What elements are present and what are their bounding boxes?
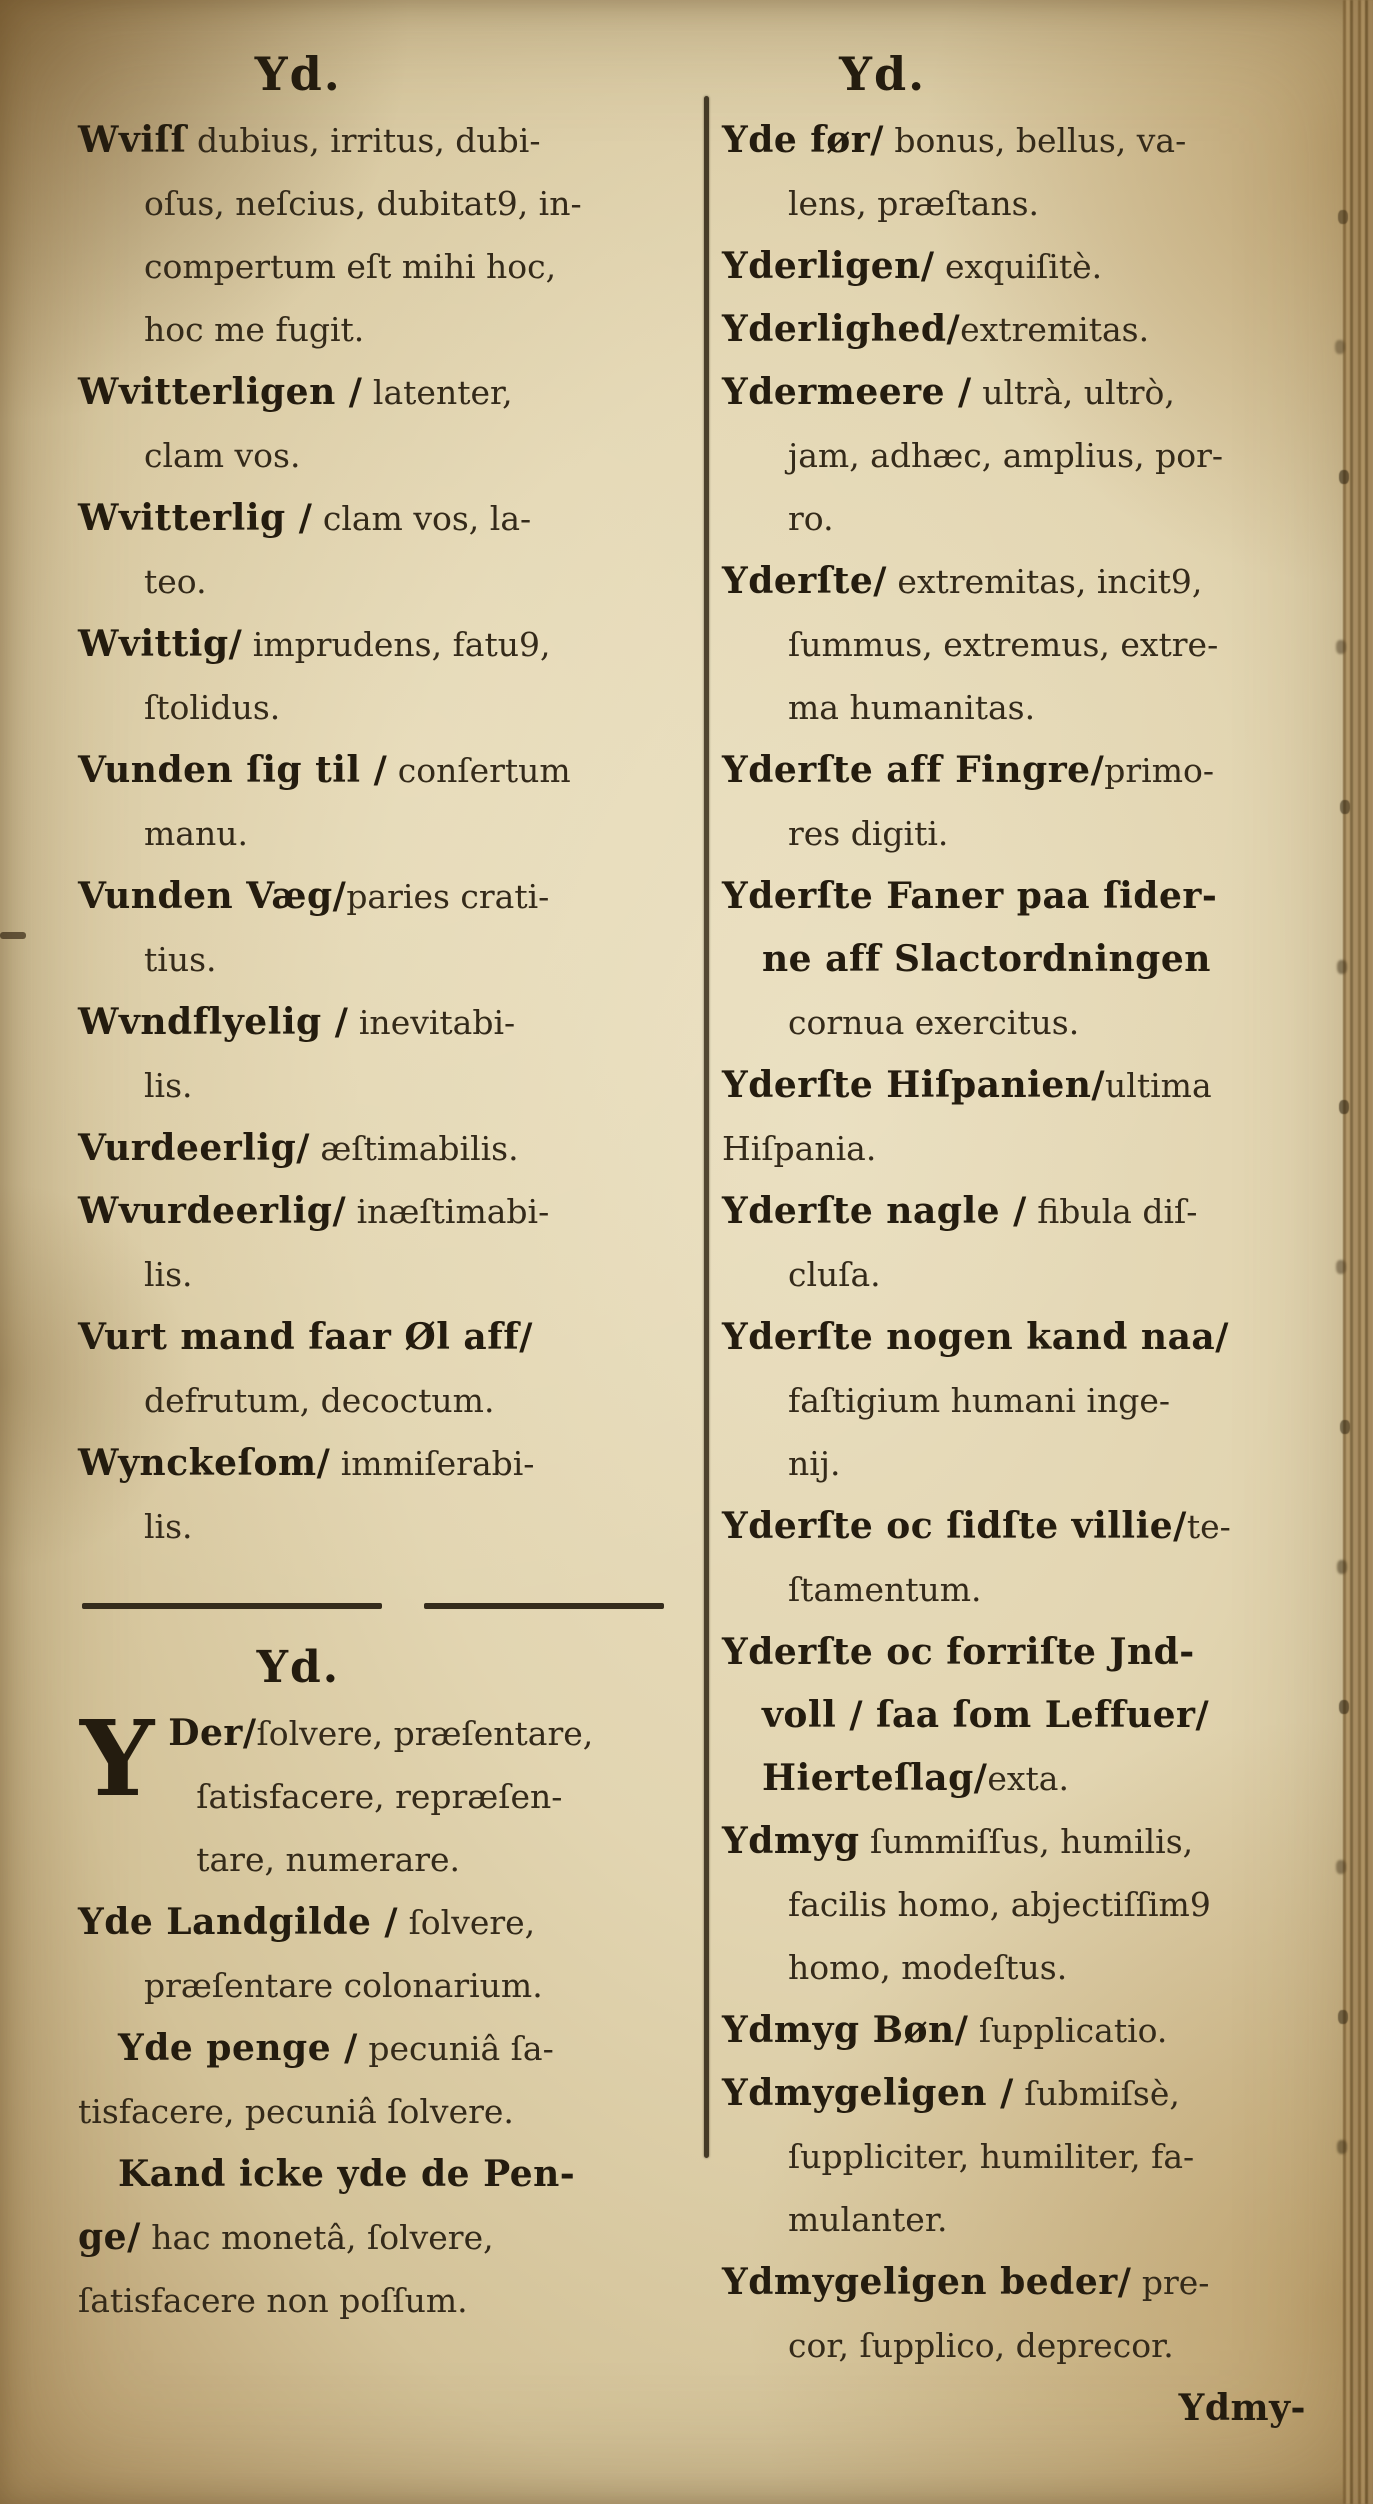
latin-gloss: ſummiſſus, humilis, [860,1822,1194,1861]
entry-line: ſtolidus. [78,679,690,742]
headword: ge/ [78,2216,141,2258]
latin-gloss: ſupplicatio. [968,2011,1167,2050]
latin-gloss: ſolvere, [398,1903,535,1942]
entry-line: tisfacere, pecuniâ ſolvere. [78,2083,690,2146]
entry-line: manu. [78,805,690,868]
entry-line: voll / ſaa ſom Leffuer/ [722,1687,1340,1750]
headword: Yderſte oc forriſte Jnd- [722,1631,1195,1673]
latin-gloss: hoc me fugit. [144,310,364,349]
latin-gloss: ſubmiſsè, [1014,2074,1180,2113]
headword: Der/ [168,1712,256,1754]
entry-line: Yde Landgilde / ſolvere, [78,1894,690,1957]
latin-gloss: ſuppliciter, humiliter, fa- [788,2137,1194,2176]
latin-gloss: conſertum [387,751,570,790]
latin-gloss: exquiſitè. [935,247,1103,286]
entry-line: Wvitterlig / clam vos, la- [78,490,690,553]
headword: Yderſte oc ſidſte villie/ [722,1505,1187,1547]
latin-gloss: paries crati- [346,877,549,916]
headword: Yderſte nagle / [722,1190,1027,1232]
entry-line: Wvndflyelig / inevitabi- [78,994,690,1057]
latin-gloss: lis. [144,1507,193,1546]
left-running-head: Yd. [78,42,519,106]
latin-gloss: immiſerabi- [330,1444,534,1483]
entry-line: ge/ hac monetâ, ſolvere, [78,2209,690,2272]
latin-gloss: defrutum, decoctum. [144,1381,494,1420]
entry-line: defrutum, decoctum. [78,1372,690,1435]
latin-gloss: ſummus, extremus, extre- [788,625,1218,664]
drop-cap-letter: Y [78,1705,168,1813]
entry-line: compertum eſt mihi hoc, [78,238,690,301]
entry-line: oſus, neſcius, dubitat9, in- [78,175,690,238]
left-margin-mark [0,932,26,939]
entry-line: clam vos. [78,427,690,490]
latin-gloss: inæſtimabi- [346,1192,549,1231]
entry-line: ſummus, extremus, extre- [722,616,1340,679]
entry-line: Wvitterligen / latenter, [78,364,690,427]
entry-line: Vunden Væg/paries crati- [78,868,690,931]
divider-segment [82,1603,382,1609]
entry-line: tare, numerare. [168,1831,690,1894]
latin-gloss: nij. [788,1444,841,1483]
latin-gloss: cornua exercitus. [788,1003,1079,1042]
entry-line: præſentare colonarium. [78,1957,690,2020]
headword: Yderſte Hiſpanien/ [722,1064,1105,1106]
entry-line: Yderlighed/extremitas. [722,301,1340,364]
latin-gloss: extremitas, incit9, [887,562,1202,601]
entry-line: Yderſte aff Fingre/primo- [722,742,1340,805]
headword: Ydmygeligen beder/ [722,2261,1131,2303]
headword: Yde Landgilde / [78,1901,398,1943]
latin-gloss: fibula diſ- [1027,1192,1198,1231]
page-stack-edge [1343,0,1373,2504]
headword: Vurdeerlig/ [78,1127,310,1169]
headword: Yderſte nogen kand naa/ [722,1316,1229,1358]
entry-line: cor, ſupplico, deprecor. [722,2317,1340,2380]
entry-group: Yde Landgilde / ſolvere,præſentare colon… [78,1894,690,2335]
entry-line: Yderſte/ extremitas, incit9, [722,553,1340,616]
entry-line: mulanter. [722,2191,1340,2254]
latin-gloss: tare, numerare. [196,1840,460,1879]
latin-gloss: faſtigium humani inge- [788,1381,1170,1420]
headword: Wvurdeerlig/ [78,1190,346,1232]
entry-line: Der/ſolvere, præſentare, [168,1705,690,1768]
headword: Yde før/ [722,119,884,161]
dropcap-entry-body: Der/ſolvere, præſentare,ſatisfacere, rep… [168,1705,690,1894]
entry-line: Yderſte oc forriſte Jnd- [722,1624,1340,1687]
latin-gloss: primo- [1104,751,1214,790]
entry-line: Vunden ſig til / conſertum [78,742,690,805]
latin-gloss: tisfacere, pecuniâ ſolvere. [78,2092,514,2131]
latin-gloss: dubius, irritus, dubi- [187,121,541,160]
headword: Yderſte aff Fingre/ [722,749,1104,791]
latin-gloss: clam vos. [144,436,300,475]
column-divider-rule [704,96,709,2158]
headword: Hierteſlag/ [762,1757,987,1799]
entry-line: Yde før/ bonus, bellus, va- [722,112,1340,175]
latin-gloss: æſtimabilis. [310,1129,519,1168]
entry-line: Wynckeſom/ immiſerabi- [78,1435,690,1498]
headword: Wvittig/ [78,623,242,665]
entry-line: Ydmyg ſummiſſus, humilis, [722,1813,1340,1876]
latin-gloss: cor, ſupplico, deprecor. [788,2326,1174,2365]
left-column: Yd. Wviſſ dubius, irritus, dubi-oſus, ne… [78,42,690,2335]
latin-gloss: imprudens, fatu9, [242,625,550,664]
latin-gloss: Hiſpania. [722,1129,876,1168]
right-margin-ink-marks [1336,0,1346,14]
latin-gloss: compertum eſt mihi hoc, [144,247,556,286]
entry-line: faſtigium humani inge- [722,1372,1340,1435]
divider-segment [424,1603,664,1609]
latin-gloss: extremitas. [960,310,1149,349]
latin-gloss: ſtamentum. [788,1570,982,1609]
latin-gloss: ro. [788,499,834,538]
latin-gloss: manu. [144,814,248,853]
latin-gloss: exta. [987,1759,1069,1798]
section-header: Yd. [78,1631,519,1705]
headword: voll / ſaa ſom Leffuer/ [762,1694,1209,1736]
section-divider [82,1595,690,1621]
headword: Ydermeere / [722,371,972,413]
latin-gloss: pre- [1131,2263,1209,2302]
latin-gloss: tius. [144,940,217,979]
entry-line: cornua exercitus. [722,994,1340,1057]
entry-line: Wvittig/ imprudens, fatu9, [78,616,690,679]
latin-gloss: lens, præſtans. [788,184,1039,223]
latin-gloss: ſolvere, præſentare, [257,1714,594,1753]
entry-line: Wviſſ dubius, irritus, dubi- [78,112,690,175]
headword: Wynckeſom/ [78,1442,330,1484]
latin-gloss: ſatisfacere non poſſum. [78,2281,468,2320]
entry-line: Ydmygeligen / ſubmiſsè, [722,2065,1340,2128]
latin-gloss: teo. [144,562,207,601]
latin-gloss: præſentare colonarium. [144,1966,543,2005]
latin-gloss: latenter, [362,373,512,412]
headword: Ydmyg [722,1820,860,1862]
entry-line: Hiſpania. [722,1120,1340,1183]
right-column: Yd. Yde før/ bonus, bellus, va-lens, præ… [722,42,1340,2443]
entry-line: Hierteſlag/exta. [722,1750,1340,1813]
headword: Kand icke yde de Pen- [118,2153,575,2195]
entry-group: Wviſſ dubius, irritus, dubi-oſus, neſciu… [78,112,690,1561]
entry-line: homo, modeſtus. [722,1939,1340,2002]
entry-line: Yderſte Faner paa ſider- [722,868,1340,931]
entry-line: ſuppliciter, humiliter, fa- [722,2128,1340,2191]
latin-gloss: ultrà, ultrò, [972,373,1175,412]
latin-gloss: res digiti. [788,814,948,853]
entry-line: lis. [78,1498,690,1561]
latin-gloss: homo, modeſtus. [788,1948,1067,1987]
latin-gloss: ſatisfacere, repræſen- [196,1777,562,1816]
headword: Wvitterlig / [78,497,312,539]
entry-line: Wvurdeerlig/ inæſtimabi- [78,1183,690,1246]
headword: Wvitterligen / [78,371,362,413]
latin-gloss: mulanter. [788,2200,947,2239]
book-page: Yd. Wviſſ dubius, irritus, dubi-oſus, ne… [0,0,1373,2504]
headword: Vunden Væg/ [78,875,346,917]
entry-line: jam, adhæc, amplius, por- [722,427,1340,490]
headword: Vunden ſig til / [78,749,387,791]
latin-gloss: bonus, bellus, va- [884,121,1186,160]
latin-gloss: oſus, neſcius, dubitat9, in- [144,184,582,223]
entry-line: cluſa. [722,1246,1340,1309]
latin-gloss: inevitabi- [348,1003,515,1042]
right-column-body: Yde før/ bonus, bellus, va-lens, præſtan… [722,112,1340,2443]
entry-line: ſatisfacere, repræſen- [168,1768,690,1831]
entry-line: Ydmyg Bøn/ ſupplicatio. [722,2002,1340,2065]
entry-line: ſatisfacere non poſſum. [78,2272,690,2335]
entry-line: ro. [722,490,1340,553]
right-running-head: Yd. [722,42,1043,106]
entry-line: lis. [78,1246,690,1309]
latin-gloss: ultima [1105,1066,1212,1105]
latin-gloss: te- [1187,1507,1231,1546]
entry-line: lis. [78,1057,690,1120]
entry-line: ma humanitas. [722,679,1340,742]
latin-gloss: ſtolidus. [144,688,280,727]
entry-line: Kand icke yde de Pen- [78,2146,690,2209]
entry-line: lens, præſtans. [722,175,1340,238]
entry-line: nij. [722,1435,1340,1498]
left-column-body: Wviſſ dubius, irritus, dubi-oſus, neſciu… [78,112,690,2335]
latin-gloss: facilis homo, abjectiſſim9 [788,1885,1211,1924]
catchword: Ydmy- [722,2380,1340,2443]
entry-line: Yderſte nagle / fibula diſ- [722,1183,1340,1246]
latin-gloss: cluſa. [788,1255,881,1294]
headword: Vurt mand faar Øl aff/ [78,1316,533,1358]
entry-line: tius. [78,931,690,994]
latin-gloss: lis. [144,1255,193,1294]
headword: Yderlighed/ [722,308,960,350]
latin-gloss: ma humanitas. [788,688,1035,727]
headword: Yderſte Faner paa ſider- [722,875,1217,917]
entry-line: res digiti. [722,805,1340,868]
latin-gloss: clam vos, la- [312,499,531,538]
entry-line: Ydermeere / ultrà, ultrò, [722,364,1340,427]
entry-line: Yderſte nogen kand naa/ [722,1309,1340,1372]
entry-line: Yderligen/ exquiſitè. [722,238,1340,301]
entry-line: teo. [78,553,690,616]
headword: Yde penge / [118,2027,358,2069]
latin-gloss: hac monetâ, ſolvere, [141,2218,494,2257]
headword: Ydmygeligen / [722,2072,1014,2114]
headword: Wviſſ [78,119,187,161]
entry-line: Vurdeerlig/ æſtimabilis. [78,1120,690,1183]
headword: ne aff Slactordningen [762,938,1211,980]
latin-gloss: pecuniâ ſa- [358,2029,554,2068]
catchword-text: Ydmy- [1179,2387,1306,2429]
entry-line: ne aff Slactordningen [722,931,1340,994]
entry-line: facilis homo, abjectiſſim9 [722,1876,1340,1939]
entry-line: Vurt mand faar Øl aff/ [78,1309,690,1372]
entry-group: Yde før/ bonus, bellus, va-lens, præſtan… [722,112,1340,2380]
latin-gloss: lis. [144,1066,193,1105]
entry-line: Yderſte oc ſidſte villie/te- [722,1498,1340,1561]
entry-line: Yde penge / pecuniâ ſa- [78,2020,690,2083]
entry-line: Yderſte Hiſpanien/ultima [722,1057,1340,1120]
entry-line: ſtamentum. [722,1561,1340,1624]
headword: Yderligen/ [722,245,935,287]
entry-line: hoc me fugit. [78,301,690,364]
headword: Wvndflyelig / [78,1001,348,1043]
entry-line: Ydmygeligen beder/ pre- [722,2254,1340,2317]
headword: Ydmyg Bøn/ [722,2009,968,2051]
headword: Yderſte/ [722,560,887,602]
dropcap-entry: YDer/ſolvere, præſentare,ſatisfacere, re… [78,1705,690,1894]
latin-gloss: jam, adhæc, amplius, por- [788,436,1223,475]
